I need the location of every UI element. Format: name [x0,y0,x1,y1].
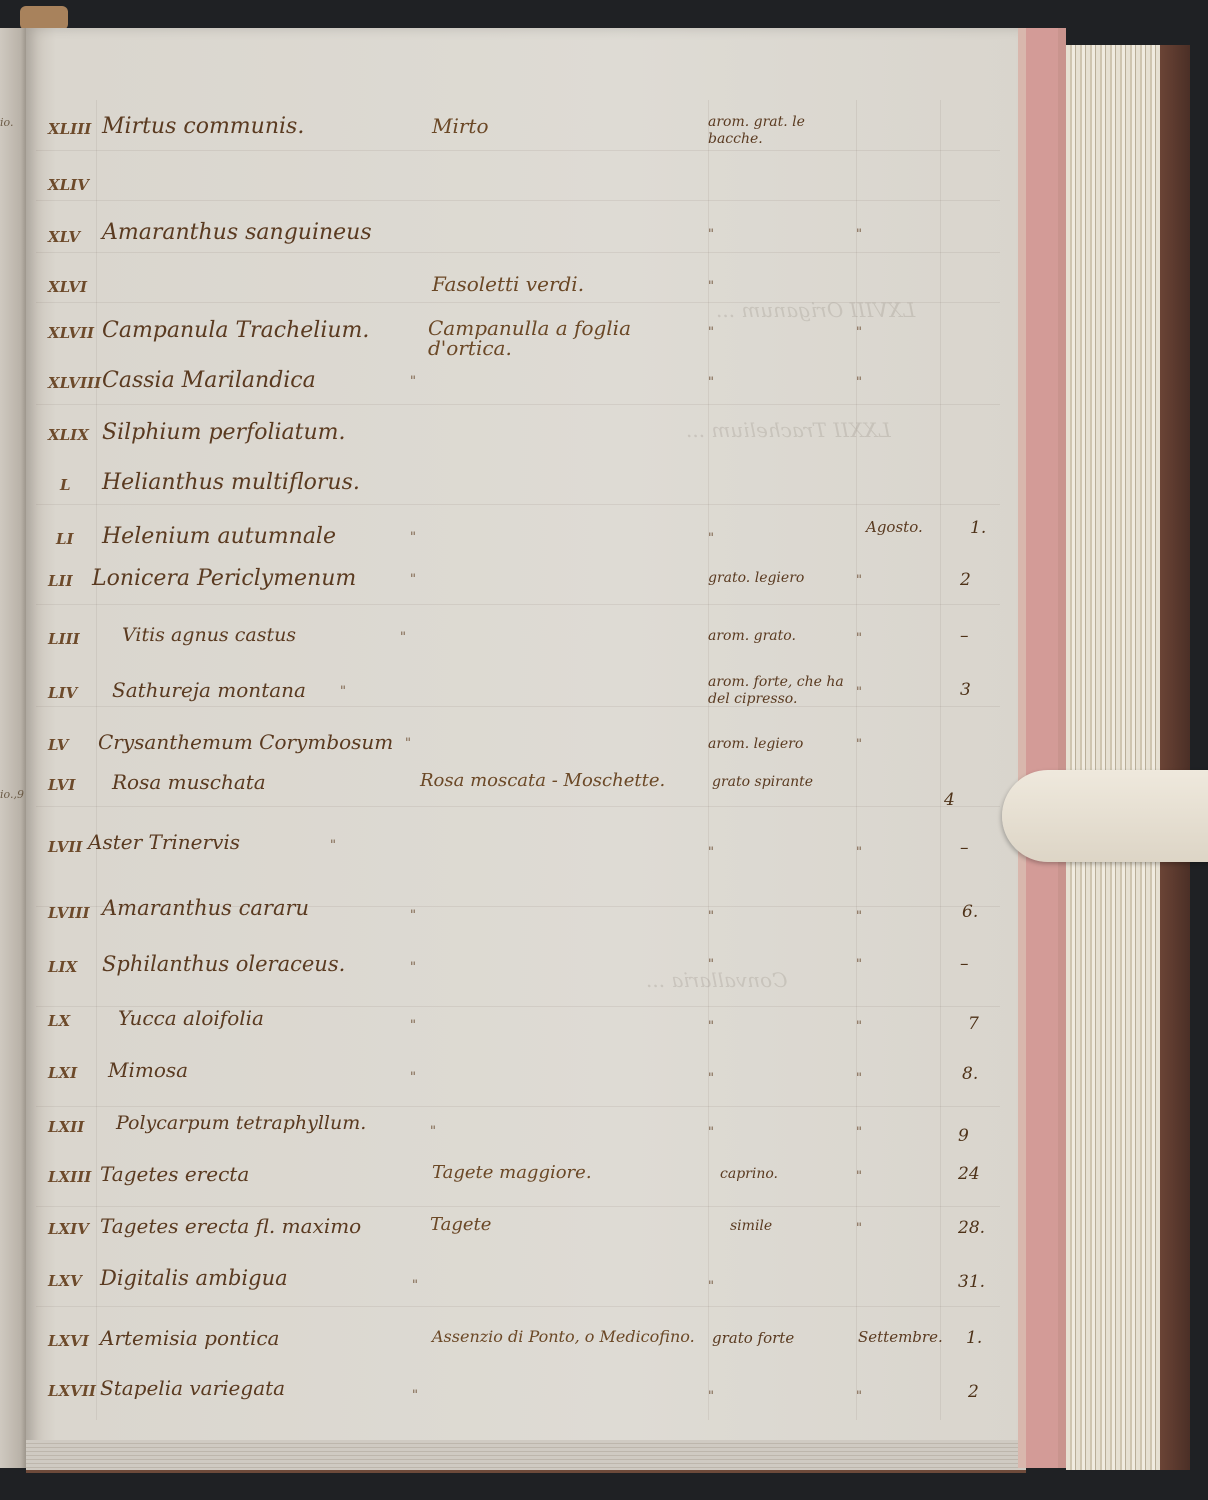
scent-description: arom. grato. [708,628,796,645]
ditto-mark: " [856,956,862,974]
entry-numeral: LVI [48,776,75,794]
plant-entry: LIII Vitis agnus castus " arom. grato. "… [0,624,1000,674]
entry-numeral: LXI [48,1064,77,1082]
latin-name: Stapelia variegata [100,1376,285,1400]
entry-numeral: LV [48,736,68,754]
day-number: 3 [960,680,971,700]
latin-name: Helenium autumnale [102,524,336,549]
ditto-mark: " [708,374,714,391]
book-fore-edge [1066,45,1166,1470]
latin-name: Tagetes erecta fl. maximo [100,1214,361,1238]
entry-numeral: LI [56,530,74,548]
latin-name: Sathureja montana [112,678,306,702]
latin-name: Mimosa [108,1058,188,1082]
scent-description: grato. legiero [708,570,804,587]
italian-name: Rosa moscata - Moschette. [420,770,665,791]
scent-description: simile [730,1218,772,1235]
ditto-mark: " [856,684,862,702]
latin-name: Polycarpum tetraphyllum. [116,1112,366,1134]
day-number: 31. [958,1272,985,1292]
entry-numeral: LVII [48,838,82,856]
day-number: 24 [958,1164,980,1184]
latin-name: Yucca aloifolia [118,1006,264,1030]
latin-name: Digitalis ambigua [100,1266,288,1290]
binding-tab [20,6,68,30]
plant-entry: LXV Digitalis ambigua " " 31. [0,1266,1000,1316]
italian-name: Assenzio di Ponto, o Medicofino. [432,1326,707,1348]
ditto-mark: " [708,1388,714,1405]
entry-numeral: XLIII [48,120,91,138]
plant-entry: XLIII Mirtus communis. Mirto arom. grat.… [0,114,1000,164]
ditto-mark: " [412,1388,418,1403]
latin-name: Campanula Trachelium. [102,318,369,343]
scent-description: grato spirante [712,774,813,791]
day-number: 4 [944,790,955,810]
day-number: – [960,954,969,974]
plant-entry: LXIV Tagetes erecta fl. maximo Tagete si… [0,1214,1000,1264]
plant-entry: LXI Mimosa " " " 8. [0,1058,1000,1108]
scent-description: arom. grat. le bacche. [708,114,838,148]
entry-numeral: XLIX [48,426,89,444]
ditto-mark: " [410,530,416,545]
latin-name: Rosa muschata [112,770,266,794]
italian-name: Tagete [430,1214,491,1235]
scent-description: grato forte [712,1330,794,1347]
ditto-mark: " [410,374,416,389]
plant-entry: LII Lonicera Periclymenum " grato. legie… [0,566,1000,616]
entry-numeral: XLVII [48,324,94,342]
plant-entry: LIX Sphilanthus oleraceus. " " " – [0,952,1000,1002]
day-number: 8. [962,1064,978,1084]
ditto-mark: " [410,960,416,975]
ditto-mark: " [708,908,714,925]
ditto-mark: " [856,374,862,392]
ditto-mark: " [856,1168,862,1186]
ditto-mark: " [410,1070,416,1085]
ditto-mark: " [856,1124,862,1142]
plant-entry: XLV Amaranthus sanguineus " " [0,220,1000,270]
plant-entry: XLIV [0,170,1000,220]
latin-name: Aster Trinervis [88,830,240,854]
pink-endpaper-edge [1018,28,1066,1468]
latin-name: Cassia Marilandica [102,368,316,393]
page-bottom-edges [26,1440,1026,1473]
latin-name: Helianthus multiflorus. [102,470,360,495]
entry-numeral: LIV [48,684,77,702]
bone-folder-bookmark [1002,770,1208,862]
latin-name: Artemisia pontica [100,1326,279,1350]
ditto-mark: " [708,844,714,861]
plant-entry: LX Yucca aloifolia " " " 7 [0,1006,1000,1056]
italian-name: Tagete maggiore. [432,1162,592,1183]
plant-entry: XLVI Fasoletti verdi. " [0,272,1000,322]
entry-numeral: XLIV [48,176,89,194]
ditto-mark: " [856,1388,862,1406]
plant-entry: LXVII Stapelia variegata " " " 2 [0,1376,1000,1426]
latin-name: Lonicera Periclymenum [92,566,356,591]
entry-numeral: LXV [48,1272,82,1290]
day-number: 28. [958,1218,985,1238]
ditto-mark: " [400,630,406,645]
ditto-mark: " [856,844,862,862]
entry-numeral: LXII [48,1118,84,1136]
day-number: 1. [966,1328,982,1348]
entry-numeral: LII [48,572,73,590]
plant-entry: LXII Polycarpum tetraphyllum. " " " 9 [0,1112,1000,1162]
ditto-mark: " [330,838,336,853]
plant-entry: LXIII Tagetes erecta Tagete maggiore. ca… [0,1162,1000,1212]
ditto-mark: " [708,226,714,243]
plant-entry: LIV Sathureja montana " arom. forte, che… [0,678,1000,728]
entry-numeral: LXIV [48,1220,89,1238]
latin-name: Vitis agnus castus [122,624,296,646]
month-label: Settembre. [858,1328,928,1346]
plant-entry: L Helianthus multiflorus. [0,470,1000,520]
ditto-mark: " [405,736,411,751]
italian-name: Campanulla a foglia d'ortica. [428,318,678,358]
plant-entry: XLVII Campanula Trachelium. Campanulla a… [0,318,1000,368]
plant-entry: LVI Rosa muschata Rosa moscata - Moschet… [0,770,1000,820]
ditto-mark: " [856,630,862,648]
ditto-mark: " [410,1018,416,1033]
month-label: Agosto. [866,518,923,536]
entry-numeral: LIII [48,630,80,648]
latin-name: Silphium perfoliatum. [102,420,346,445]
ditto-mark: " [708,1124,714,1141]
day-number: 1. [970,518,986,538]
plant-entry: XLIX Silphium perfoliatum. [0,420,1000,470]
day-number: 2 [960,570,971,590]
ditto-mark: " [856,736,862,754]
ditto-mark: " [340,684,346,699]
entry-numeral: L [60,476,71,494]
day-number: 2 [968,1382,979,1402]
entry-numeral: XLVIII [48,374,101,392]
italian-name: Fasoletti verdi. [432,272,584,296]
ditto-mark: " [856,908,862,926]
ditto-mark: " [708,324,714,341]
ditto-mark: " [708,956,714,973]
entry-numeral: LXIII [48,1168,91,1186]
day-number: 6. [962,902,978,922]
ditto-mark: " [430,1124,436,1139]
entry-numeral: XLV [48,228,80,246]
latin-name: Crysanthemum Corymbosum [98,730,393,754]
scent-description: caprino. [720,1166,778,1183]
plant-entry: LXVI Artemisia pontica Assenzio di Ponto… [0,1326,1000,1376]
ditto-mark: " [410,908,416,923]
entry-numeral: LXVII [48,1382,96,1400]
ditto-mark: " [856,1018,862,1036]
plant-entry: LVII Aster Trinervis " " " – [0,830,1000,880]
ditto-mark: " [856,226,862,244]
ditto-mark: " [856,324,862,342]
latin-name: Amaranthus cararu [102,896,309,920]
entry-numeral: LVIII [48,904,89,922]
ditto-mark: " [856,572,862,590]
day-number: 9 [958,1126,969,1146]
ditto-mark: " [708,530,714,547]
plant-entry: LVIII Amaranthus cararu " " " 6. [0,896,1000,946]
italian-name: Mirto [432,114,489,138]
latin-name: Tagetes erecta [100,1162,249,1186]
day-number: – [960,838,969,858]
scent-description: arom. legiero [708,736,803,753]
entry-numeral: XLVI [48,278,87,296]
ditto-mark: " [708,1278,714,1295]
ditto-mark: " [856,1070,862,1088]
latin-name: Amaranthus sanguineus [102,220,372,245]
plant-entry: XLVIII Cassia Marilandica " " " [0,368,1000,418]
ditto-mark: " [856,1220,862,1238]
latin-name: Sphilanthus oleraceus. [102,952,345,976]
ditto-mark: " [708,1070,714,1087]
entry-numeral: LX [48,1012,70,1030]
ditto-mark: " [708,1018,714,1035]
entry-numeral: LXVI [48,1332,89,1350]
day-number: 7 [968,1014,979,1034]
leather-cover-edge [1160,45,1190,1470]
ditto-mark: " [708,278,714,295]
latin-name: Mirtus communis. [102,114,304,139]
ditto-mark: " [412,1278,418,1293]
day-number: – [960,626,969,646]
scent-description: arom. forte, che ha del cipresso. [708,674,858,708]
ditto-mark: " [410,572,416,587]
entry-numeral: LIX [48,958,77,976]
